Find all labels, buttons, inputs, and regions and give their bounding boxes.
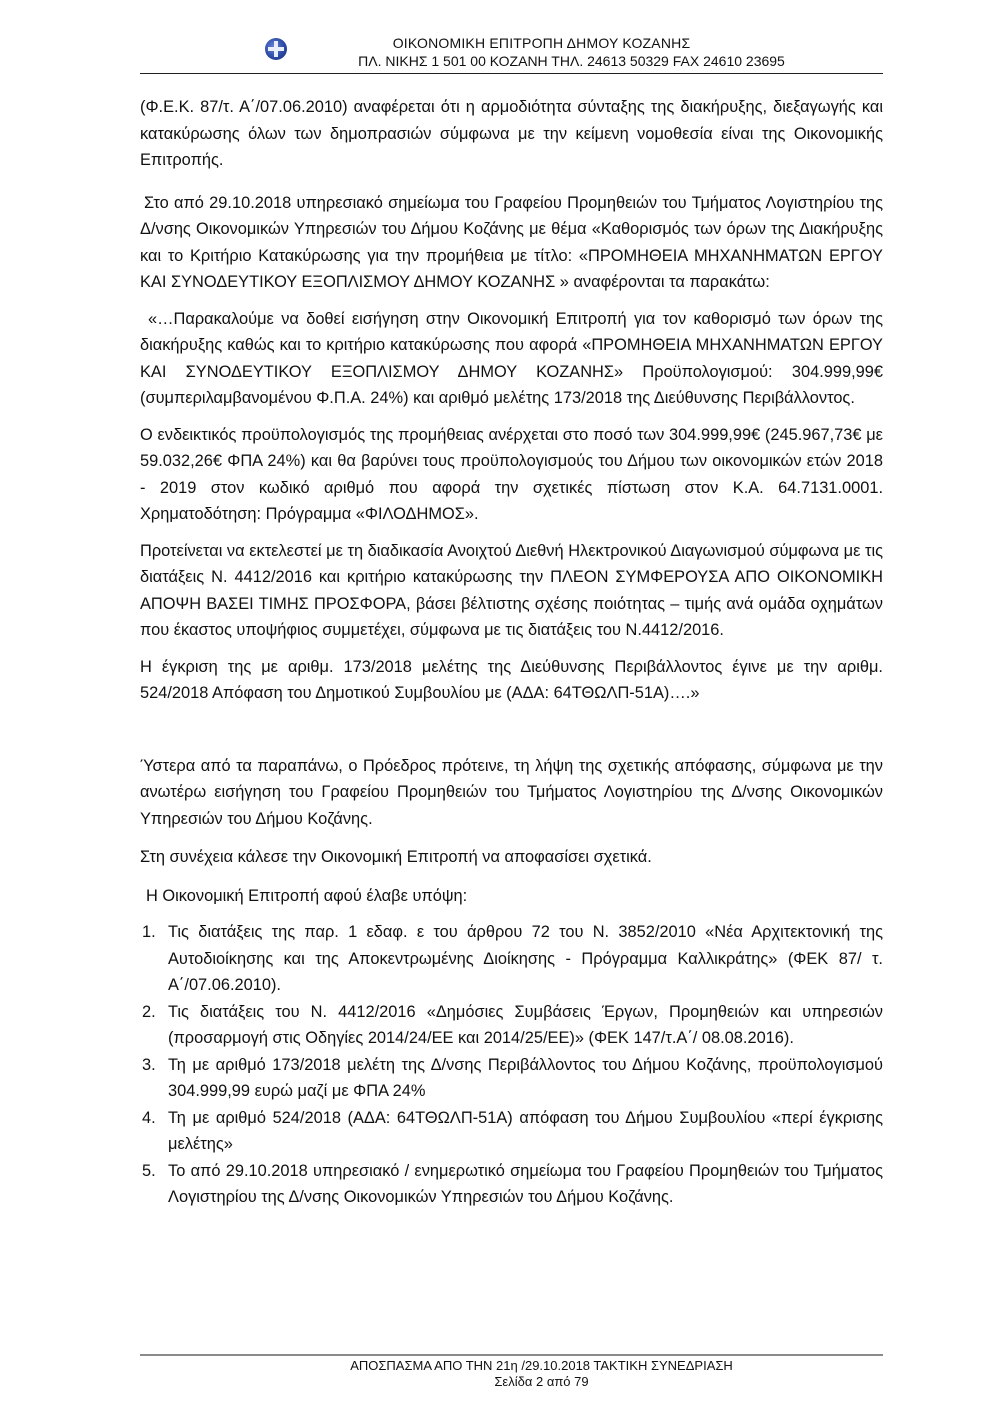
paragraph-legal-reference: (Φ.Ε.Κ. 87/τ. Α΄/07.06.2010) αναφέρεται … (140, 94, 883, 174)
paragraph-procedure: Προτείνεται να εκτελεστεί με τη διαδικασ… (140, 538, 883, 644)
paragraph-approval: Η έγκριση της με αριθμ. 173/2018 μελέτης… (140, 654, 883, 707)
page-footer: ΑΠΟΣΠΑΣΜΑ ΑΠΟ ΤΗΝ 21η /29.10.2018 ΤΑΚΤΙΚ… (140, 1358, 883, 1390)
list-number: 1. (142, 919, 156, 946)
paragraph-memo-quote: «…Παρακαλούμε να δοθεί εισήγηση στην Οικ… (140, 306, 883, 412)
list-item-text: Τις διατάξεις του Ν. 4412/2016 «Δημόσιες… (168, 1003, 883, 1048)
list-item: 2.Τις διατάξεις του Ν. 4412/2016 «Δημόσι… (140, 999, 883, 1052)
page-number: Σελίδα 2 από 79 (140, 1374, 883, 1390)
paragraph-considering: Η Οικονομική Επιτροπή αφού έλαβε υπόψη: (140, 883, 883, 910)
list-item: 5.Το από 29.10.2018 υπηρεσιακό / ενημερω… (140, 1158, 883, 1211)
list-item-text: Τη με αριθμό 524/2018 (ΑΔΑ: 64ΤΘΩΛΠ-51Α)… (168, 1109, 883, 1154)
considerations-list: 1.Τις διατάξεις της παρ. 1 εδαφ. ε του ά… (140, 919, 883, 1211)
header-address: ΠΛ. ΝΙΚΗΣ 1 501 00 ΚΟΖΑΝΗ ΤΗΛ. 24613 503… (140, 53, 883, 69)
list-item: 1.Τις διατάξεις της παρ. 1 εδαφ. ε του ά… (140, 919, 883, 999)
footer-divider (140, 1354, 883, 1356)
paragraph-proposal: Ύστερα από τα παραπάνω, ο Πρόεδρος πρότε… (140, 753, 883, 833)
list-item: 3.Τη με αριθμό 173/2018 μελέτη της Δ/νση… (140, 1052, 883, 1105)
list-item: 4.Τη με αριθμό 524/2018 (ΑΔΑ: 64ΤΘΩΛΠ-51… (140, 1105, 883, 1158)
list-item-text: Το από 29.10.2018 υπηρεσιακό / ενημερωτι… (168, 1162, 883, 1207)
list-item-text: Τις διατάξεις της παρ. 1 εδαφ. ε του άρθ… (168, 923, 883, 994)
header-divider (140, 73, 883, 74)
paragraph-budget: Ο ενδεικτικός προϋπολογισμός της προμήθε… (140, 422, 883, 528)
footer-title: ΑΠΟΣΠΑΣΜΑ ΑΠΟ ΤΗΝ 21η /29.10.2018 ΤΑΚΤΙΚ… (140, 1358, 883, 1374)
list-number: 3. (142, 1052, 156, 1079)
list-item-text: Τη με αριθμό 173/2018 μελέτη της Δ/νσης … (168, 1056, 883, 1101)
list-number: 4. (142, 1105, 156, 1132)
document-body: (Φ.Ε.Κ. 87/τ. Α΄/07.06.2010) αναφέρεται … (140, 94, 883, 1211)
page-header: ΟΙΚΟΝΟΜΙΚΗ ΕΠΙΤΡΟΠΗ ΔΗΜΟΥ ΚΟΖΑΝΗΣ ΠΛ. ΝΙ… (140, 30, 883, 74)
paragraph-memo-intro: Στο από 29.10.2018 υπηρεσιακό σημείωμα τ… (140, 190, 883, 296)
list-number: 5. (142, 1158, 156, 1185)
list-number: 2. (142, 999, 156, 1026)
paragraph-call-to-decide: Στη συνέχεια κάλεσε την Οικονομική Επιτρ… (140, 844, 883, 871)
header-title: ΟΙΚΟΝΟΜΙΚΗ ΕΠΙΤΡΟΠΗ ΔΗΜΟΥ ΚΟΖΑΝΗΣ (140, 35, 883, 51)
